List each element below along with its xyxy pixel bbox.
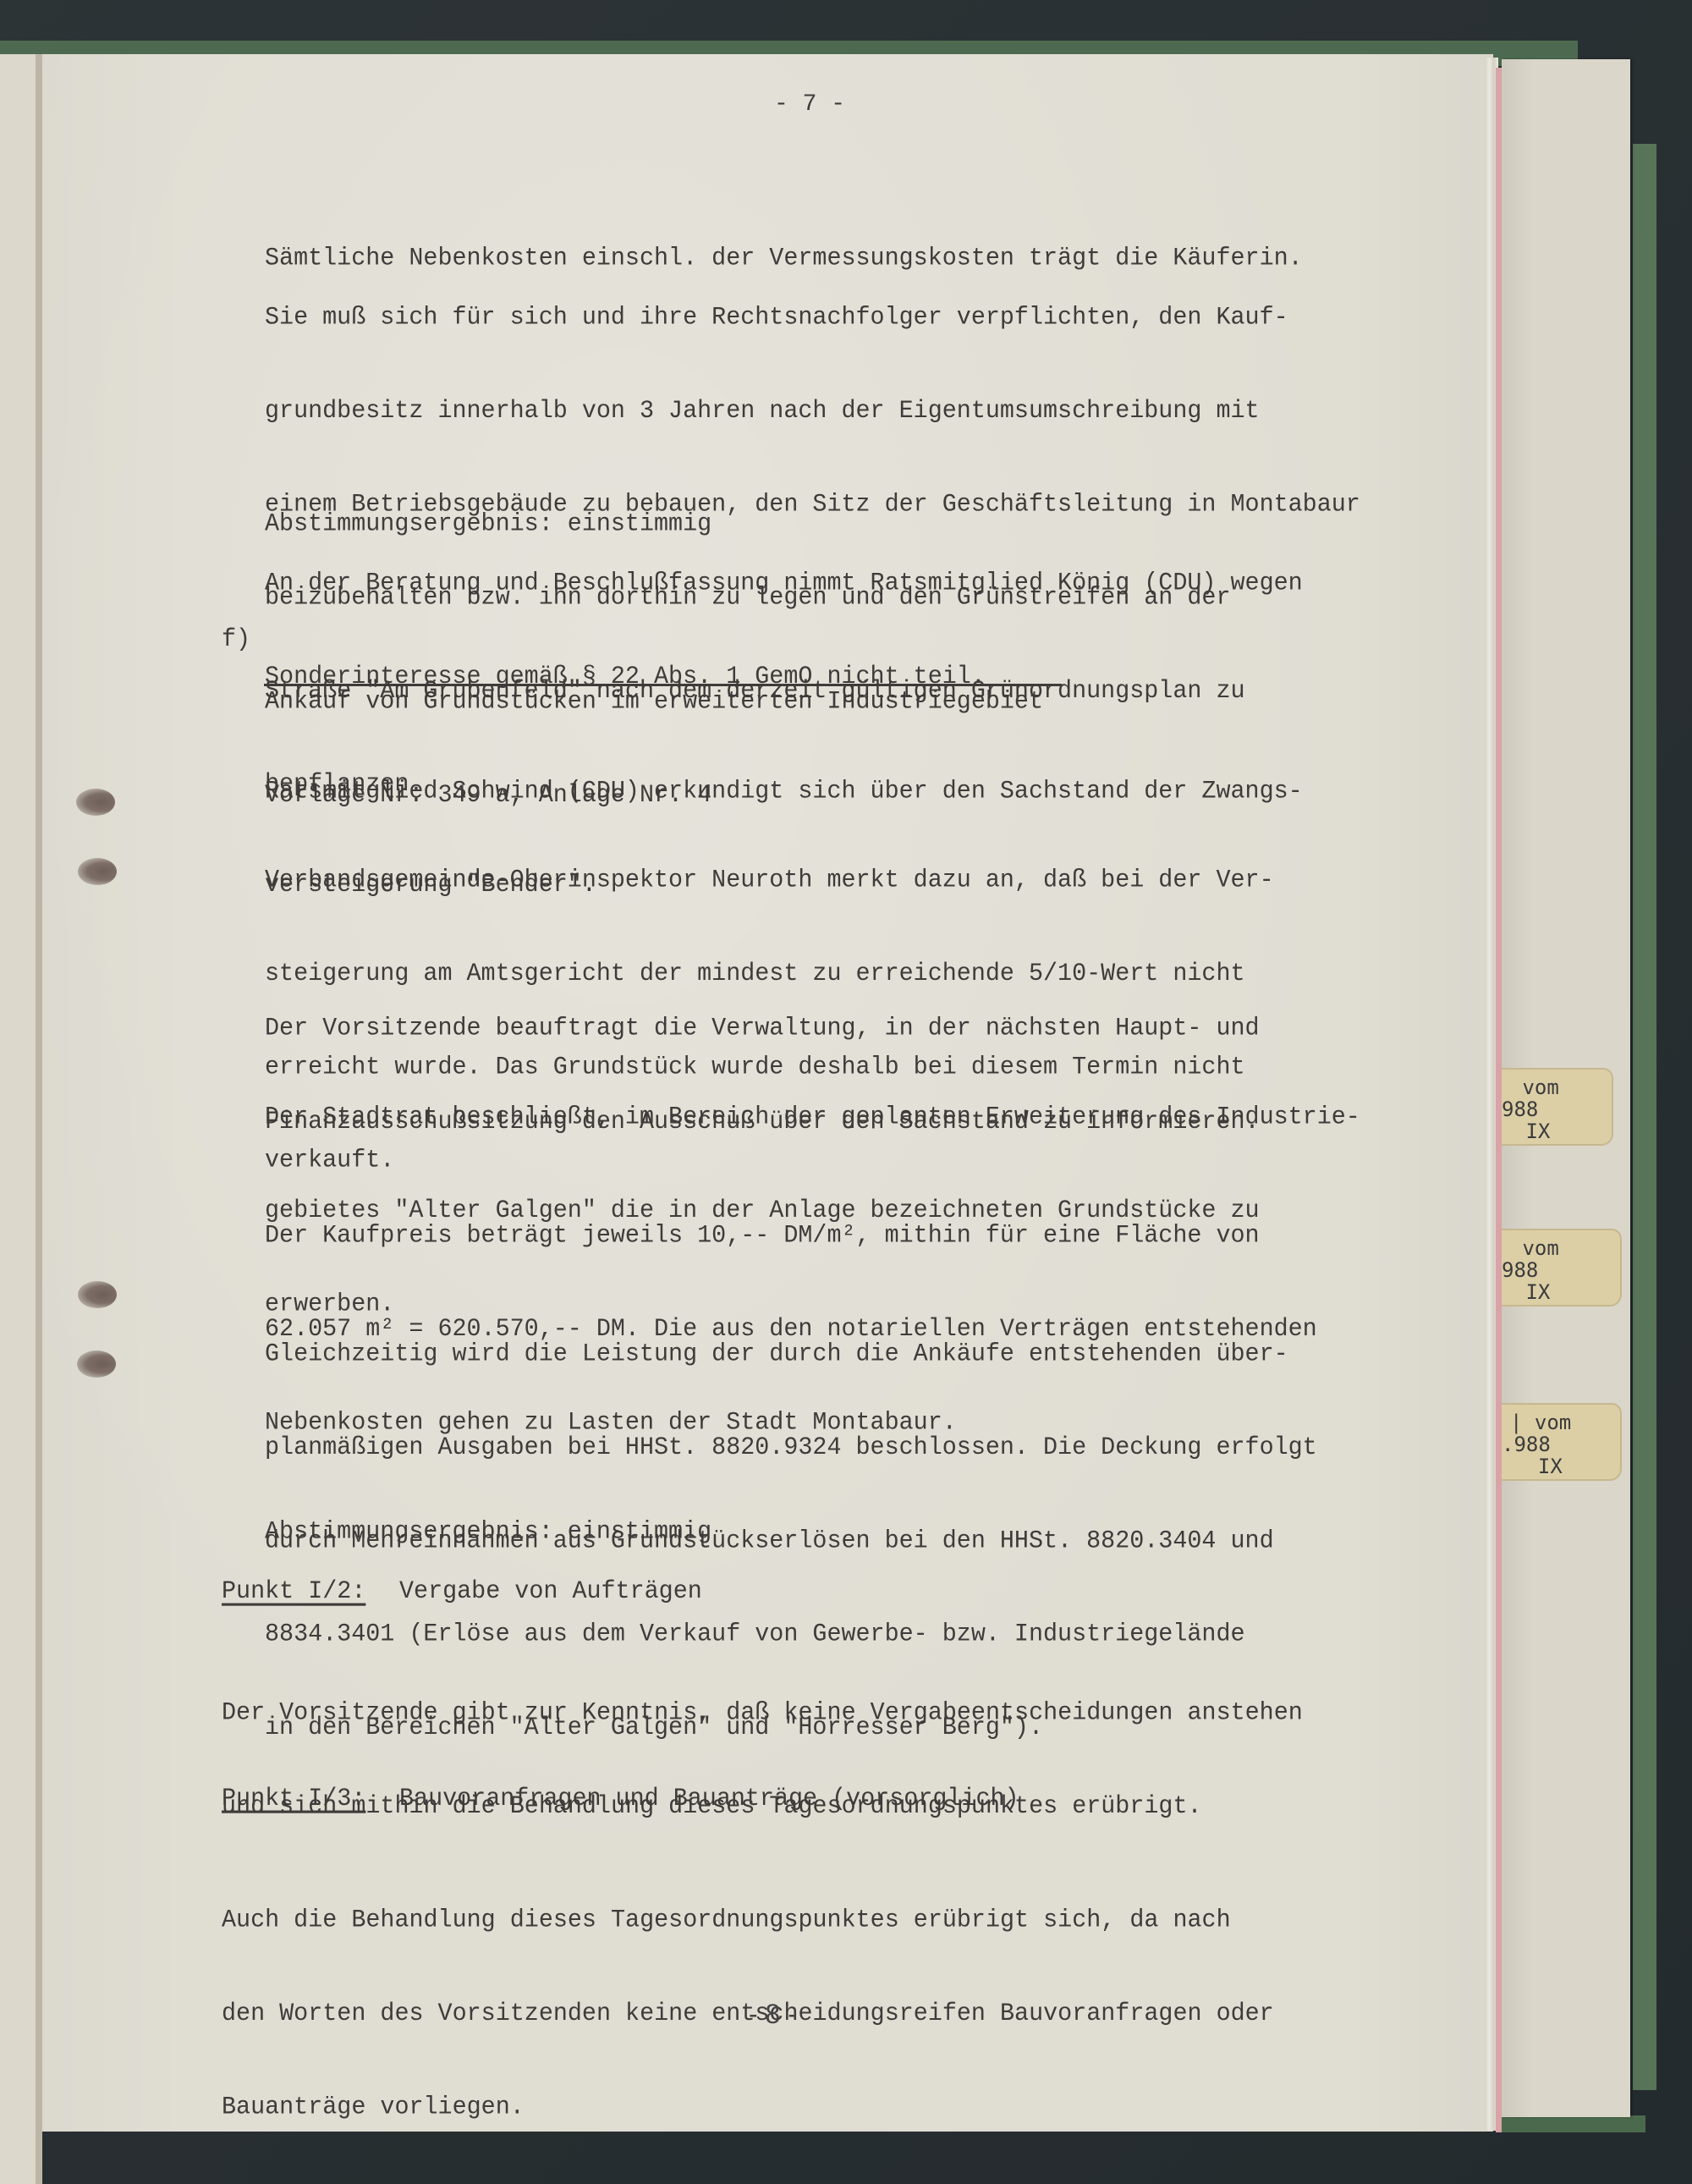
- tab-line: | vom: [1502, 1411, 1620, 1433]
- vote-result-2: Abstimmungsergebnis: einstimmig: [265, 1454, 711, 1578]
- page-number-bottom: - 8 -: [749, 1999, 797, 2030]
- punkt-i3-body: Auch die Behandlung dieses Tagesordnungs…: [222, 1842, 1274, 2154]
- section-f-label: f): [222, 624, 250, 655]
- tab-line: IX: [1502, 1120, 1612, 1142]
- tab-line: .988: [1502, 1433, 1620, 1455]
- pink-sheet-edge: [1496, 68, 1502, 2132]
- binder-tab-2[interactable]: vom 988 IX: [1502, 1229, 1622, 1307]
- punch-hole: [77, 1351, 116, 1378]
- binder-green-trim-right: [1633, 144, 1656, 2090]
- punkt-i3-label: Punkt I/3:: [222, 1783, 365, 1814]
- tab-line: IX: [1502, 1281, 1620, 1303]
- tab-line: vom: [1502, 1237, 1620, 1259]
- tab-line: vom: [1502, 1076, 1612, 1098]
- binder-green-trim-bottom: [1502, 2115, 1645, 2132]
- tab-line: IX: [1502, 1455, 1620, 1477]
- punch-hole: [76, 789, 115, 816]
- previous-page-edge: [0, 54, 42, 2184]
- punkt-i2-title: Vergabe von Aufträgen: [399, 1576, 702, 1607]
- binder-tab-3[interactable]: | vom .988 IX: [1502, 1403, 1622, 1481]
- section-f-underline: [264, 684, 1062, 686]
- tab-line: 988: [1502, 1259, 1620, 1281]
- tab-line: 988: [1502, 1098, 1612, 1120]
- punch-hole: [78, 1281, 117, 1308]
- punkt-i2-label: Punkt I/2:: [222, 1576, 365, 1607]
- binder-tab-1[interactable]: vom 988 IX: [1502, 1068, 1613, 1146]
- page-number-top: - 7 -: [774, 91, 845, 118]
- punkt-i3-title: Bauvoranfragen und Bauanträge (vorsorgli…: [399, 1783, 1019, 1814]
- punkt-i2-body: Der Vorsitzende gibt zur Kenntnis, daß k…: [222, 1635, 1303, 1852]
- punch-hole: [78, 858, 117, 885]
